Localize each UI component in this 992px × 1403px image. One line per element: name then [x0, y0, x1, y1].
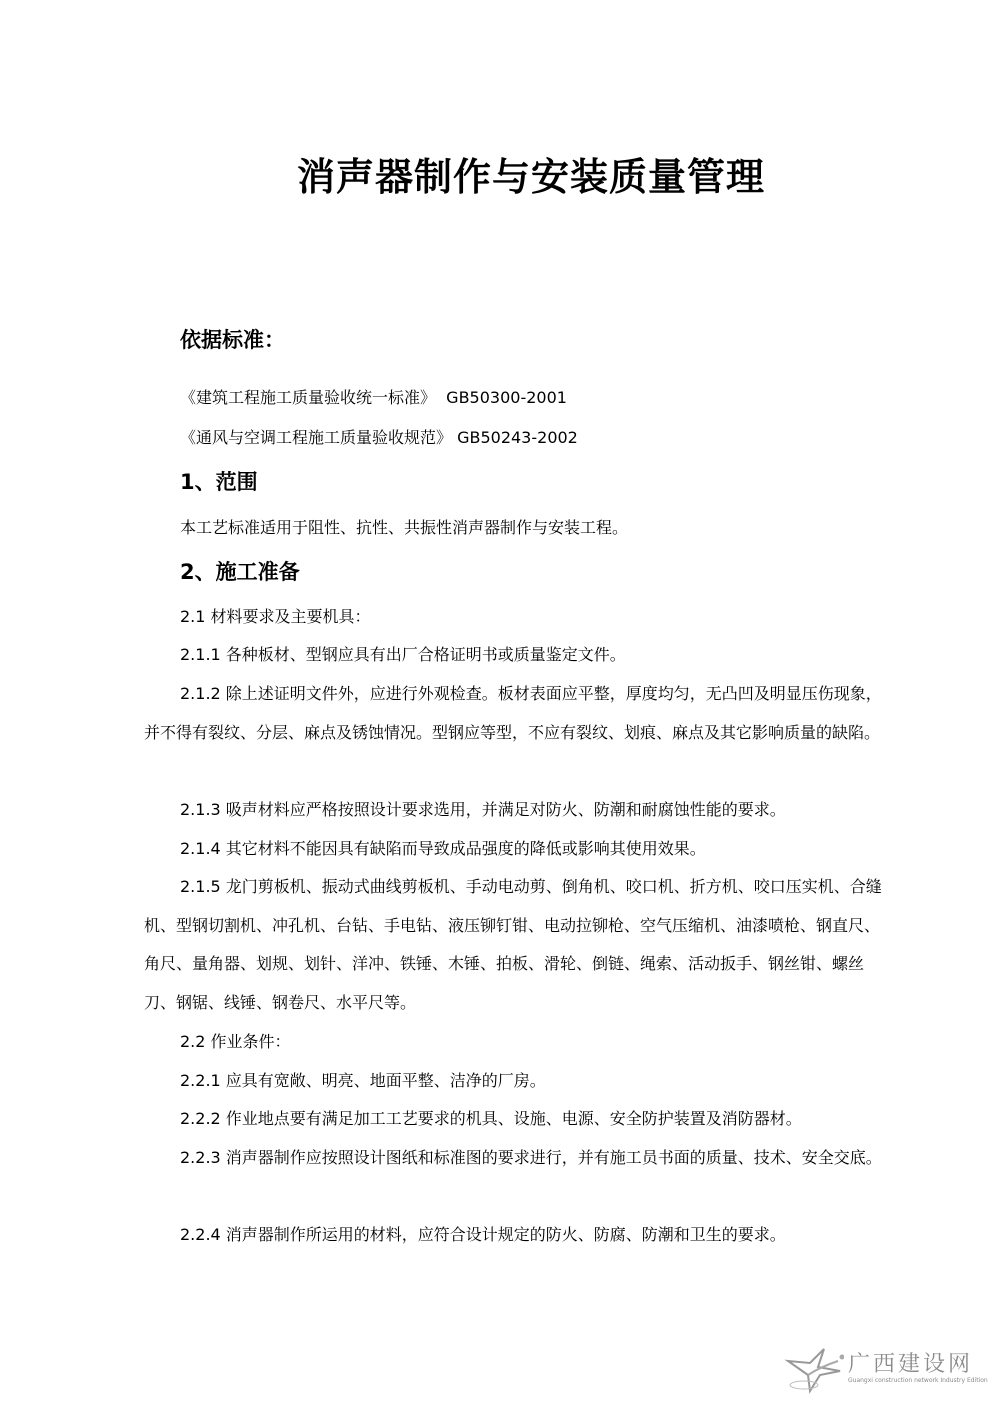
paragraph-2-1-5: 2.1.5 龙门剪板机、振动式曲线剪板机、手动电动剪、倒角机、咬口机、折方机、咬… — [144, 868, 884, 1022]
paragraph-2-2-1: 2.2.1 应具有宽敞、明亮、地面平整、洁净的厂房。 — [144, 1062, 884, 1101]
paragraph-2-1-4: 2.1.4 其它材料不能因具有缺陷而导致成品强度的降低或影响其使用效果。 — [144, 830, 884, 869]
paragraph-2-2-3: 2.2.3 消声器制作应按照设计图纸和标准图的要求进行，并有施工员书面的质量、技… — [144, 1139, 884, 1178]
standard-1: 《建筑工程施工质量验收统一标准》 GB50300-2001 — [180, 385, 567, 408]
paragraph-2-1-1: 2.1.1 各种板材、型钢应具有出厂合格证明书或质量鉴定文件。 — [144, 636, 884, 675]
watermark-name: 广西建设网 — [848, 1347, 973, 1378]
scope-text: 本工艺标准适用于阻性、抗性、共振性消声器制作与安装工程。 — [180, 515, 628, 538]
paragraph-2-2: 2.2 作业条件： — [144, 1023, 884, 1062]
star-logo-icon — [780, 1345, 844, 1395]
paragraph-2-2-2: 2.2.2 作业地点要有满足加工工艺要求的机具、设施、电源、安全防护装置及消防器… — [144, 1100, 884, 1139]
watermark-subtitle: Guangxi construction network Industry Ed… — [848, 1377, 988, 1384]
standard-2: 《通风与空调工程施工质量验收规范》 GB50243-2002 — [180, 425, 578, 448]
basis-heading: 依据标准： — [180, 324, 285, 354]
watermark-logo: 广西建设网 Guangxi construction network Indus… — [780, 1345, 985, 1395]
paragraph-2-1: 2.1 材料要求及主要机具： — [144, 598, 884, 637]
paragraph-2-2-4: 2.2.4 消声器制作所运用的材料，应符合设计规定的防火、防腐、防潮和卫生的要求… — [144, 1216, 884, 1255]
section-heading-preparation: 2、施工准备 — [180, 556, 300, 586]
paragraph-2-1-3: 2.1.3 吸声材料应严格按照设计要求选用，并满足对防火、防潮和耐腐蚀性能的要求… — [144, 791, 884, 830]
section-heading-scope: 1、范围 — [180, 466, 258, 496]
paragraph-2-1-2: 2.1.2 除上述证明文件外，应进行外观检查。板材表面应平整，厚度均匀，无凸凹及… — [144, 675, 884, 752]
document-title: 消声器制作与安装质量管理 — [0, 146, 992, 201]
